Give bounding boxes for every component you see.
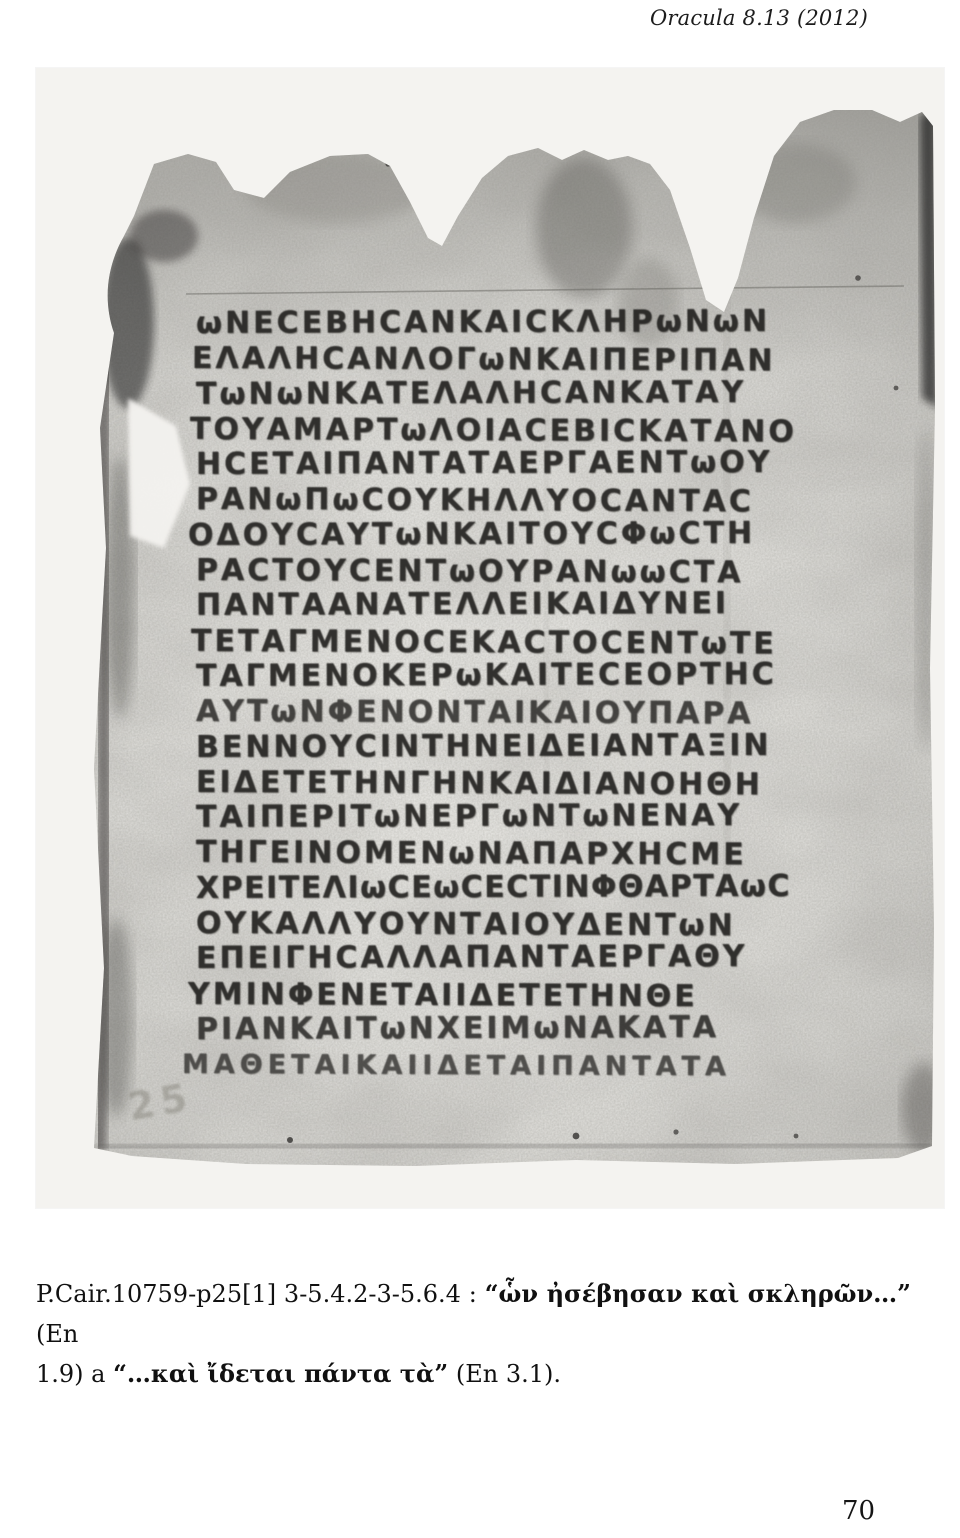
manuscript-text-line: ΗCΕΤΑΙΠΑΝΤΑΤΑΕΡΓΑΕΝΤωΟΥ xyxy=(196,445,926,483)
caption-segment: (En xyxy=(36,1320,78,1348)
caption-segment: “…καὶ ἴδεται πάντα τὰ” xyxy=(113,1359,448,1388)
page-number: 70 xyxy=(842,1496,875,1526)
manuscript-text-line: ΤωΝωΝΚΑΤΕΛΑΛΗCΑΝΚΑΤΑΥ xyxy=(196,374,926,412)
manuscript-text-line: ΠΑΝΤΑΑΝΑΤΕΛΛΕΙΚΑΙΔΥΝΕΙ xyxy=(196,586,926,624)
manuscript-textblock: ωΝΕCΕΒΗCΑΝΚΑΙCΚΛΗΡωΝωΝΕΛΑΛΗCΑΝΛΟΓωΝΚΑΙΠΕ… xyxy=(196,306,926,1083)
manuscript-text-line: ΤΑΙΠΕΡΙΤωΝΕΡΓωΝΤωΝΕΝΑΥ xyxy=(196,798,926,836)
running-head: Oracula 8.13 (2012) xyxy=(0,6,868,30)
manuscript-text-line: ΕΠΕΙΓΗCΑΛΛΑΠΑΝΤΑΕΡΓΑΘΥ xyxy=(196,939,926,977)
caption-segment: (En 3.1). xyxy=(448,1360,561,1388)
manuscript-text-line: ΒΕΝΝΟΥCΙΝΤΗΝΕΙΔΕΙΑΝΤΑΞΙΝ xyxy=(196,727,926,765)
manuscript-text-line: ΤΑΓΜΕΝΟΚΕΡωΚΑΙΤΕCΕΟΡΤΗC xyxy=(196,656,926,694)
caption-segment: 1.9) a xyxy=(36,1360,113,1388)
caption-line-1: P.Cair.10759-p25[1] 3-5.4.2-3-5.6.4 : “ὧ… xyxy=(36,1274,911,1354)
manuscript-text-line: ωΝΕCΕΒΗCΑΝΚΑΙCΚΛΗΡωΝωΝ xyxy=(196,303,926,341)
caption-segment: P.Cair.10759-p25[1] 3-5.4.2-3-5.6.4 : xyxy=(36,1280,485,1308)
figure-caption: P.Cair.10759-p25[1] 3-5.4.2-3-5.6.4 : “ὧ… xyxy=(36,1274,911,1394)
manuscript-text-line: ΧΡΕΙΤΕΛΙωCΕωCΕCΤΙΝΦΘΑΡΤΑωC xyxy=(196,868,926,906)
caption-segment: “ὧν ἠσέβησαν καὶ σκληρῶν…” xyxy=(485,1279,911,1308)
manuscript-photo-plate: ωΝΕCΕΒΗCΑΝΚΑΙCΚΛΗΡωΝωΝΕΛΑΛΗCΑΝΛΟΓωΝΚΑΙΠΕ… xyxy=(36,68,944,1208)
manuscript-text-line: ΡΙΑΝΚΑΙΤωΝΧΕΙΜωΝΑΚΑΤΑ xyxy=(196,1009,926,1047)
manuscript-text-line: ΟΔΟΥCΑΥΤωΝΚΑΙΤΟΥCΦωCΤΗ xyxy=(188,515,926,553)
top-center-stain xyxy=(536,158,632,298)
manuscript-text-line: ΜΑΘΕΤΑΙΚΑΙΙΔΕΤΑΙΠΑΝΤΑΤΑ xyxy=(182,1047,926,1086)
journal-title: Oracula 8.13 (2012) xyxy=(650,6,868,30)
caption-line-2: 1.9) a “…καὶ ἴδεται πάντα τὰ” (En 3.1). xyxy=(36,1354,911,1394)
